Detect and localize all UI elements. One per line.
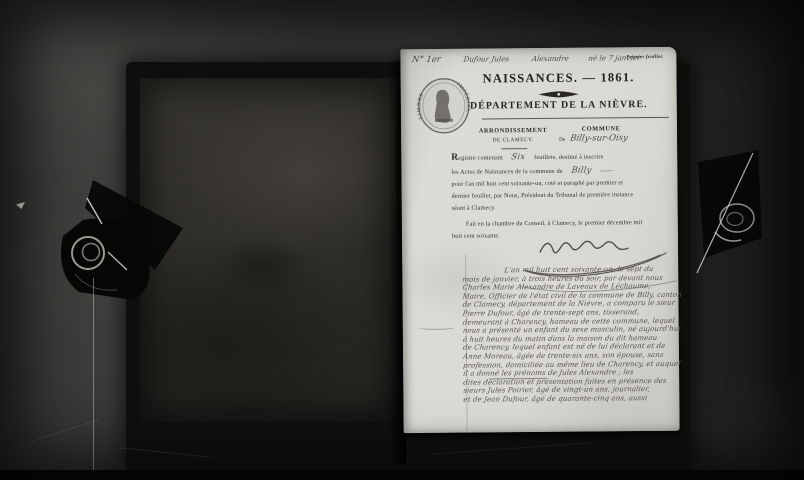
register-paragraph-line: séant à Clamecy. [452,203,692,212]
register-paragraph-line: dernier feuillet, par Nous, Président du… [452,191,692,200]
page-title: NAISSANCES. — 1861. [441,70,677,87]
act-line: et de Jean Dufour, âgé de quarante-cinq … [463,394,692,405]
register-first-page: Premier feuillet. TIMBRE IMPÉRIAL NAISSA… [400,47,679,433]
act-number: N° 1er [400,55,453,65]
handwritten-insert: Billy [571,166,592,176]
arrondissement-value: DE CLAMECY. [459,137,567,144]
paragraph-text: les Actes de Naissances de la commune de [451,168,562,176]
paragraph-text: Registre contenant [451,152,503,162]
arrondissement-label: ARRONDISSEMENT [459,127,567,135]
margin-note-line: Dufour Jules [456,54,517,64]
commune-label: COMMUNE [559,125,643,133]
commune-value-line: De Billy-sur-Oisy [559,133,671,144]
photo-bottom-edge [0,470,804,480]
scanned-register-photograph: Premier feuillet. TIMBRE IMPÉRIAL NAISSA… [0,0,804,480]
ornament-divider-icon [539,91,579,98]
margin-note-line: Alexandre [520,54,581,64]
department-heading: DÉPARTEMENT DE LA NIÈVRE. [427,99,691,112]
closing-line: Fait en la chambre du Conseil, à Clamecy… [452,219,692,228]
register-paragraph-line: Registre contenant Six feuillets, destin… [451,151,691,163]
arrondissement-rule [501,148,527,149]
margin-flourish [419,325,455,330]
handwritten-insert: Six [511,152,526,162]
hanging-thread [93,278,94,472]
commune-prefix: De [559,137,565,143]
commune-handwritten-value: Billy-sur-Oisy [569,133,628,144]
binder-clip-right-icon [685,140,797,292]
register-paragraph-line: pour l'an mil huit cent soixante-un, cot… [451,179,691,188]
background-speck [16,202,25,209]
header-rule [482,117,669,120]
margin-note-line: né le 7 janvier [584,53,645,63]
surface-scratch [32,419,99,442]
binder-clip-left-icon [55,178,187,320]
birth-act-text: L'an mil huit cent soixante-un, le sept … [462,265,691,404]
fill-dash: —— [600,167,613,174]
register-paragraph-line: les Actes de Naissances de la commune de… [451,165,691,177]
paragraph-text: feuillets, destiné à inscrire [534,153,603,161]
